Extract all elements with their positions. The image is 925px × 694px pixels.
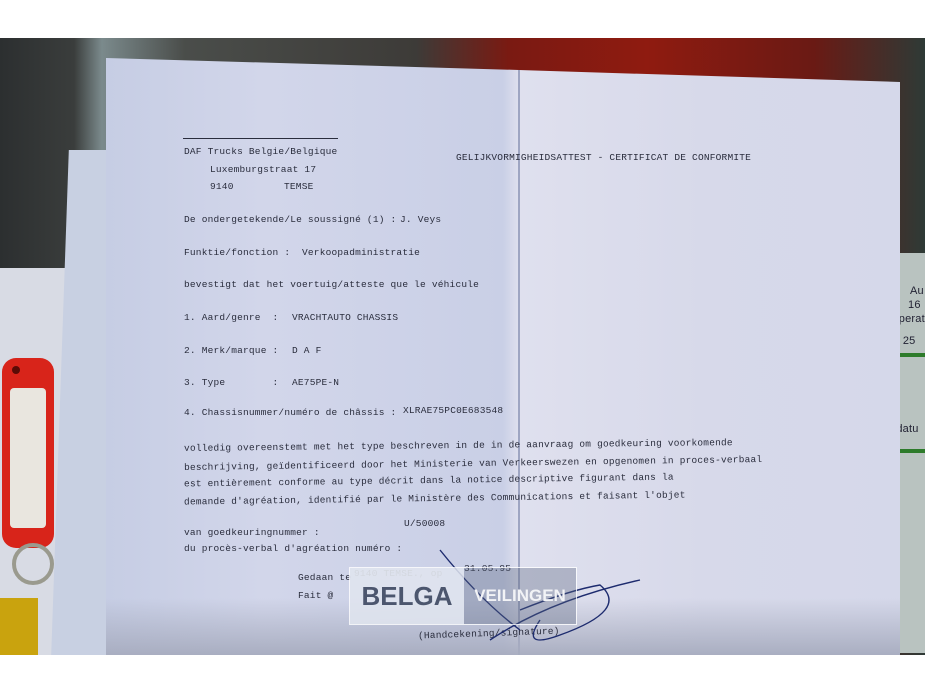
item-label: 4. Chassisnummer/numéro de châssis :	[184, 407, 396, 418]
done-at-label: Gedaan te	[298, 572, 351, 583]
item-value: AE75PE-N	[292, 377, 339, 388]
approval-label-fr: du procès-verbal d'agréation numéro :	[184, 543, 402, 554]
item-value: XLRAE75PC0E683548	[403, 405, 503, 416]
letterhead-company: DAF Trucks Belgie/Belgique	[184, 146, 337, 157]
watermark-belga: BELGA	[350, 568, 464, 624]
item-label: 1. Aard/genre :	[184, 312, 278, 323]
signatory-value: J. Veys	[400, 214, 441, 225]
letterhead-city: TEMSE	[284, 181, 314, 192]
approval-number: U/50008	[404, 518, 445, 529]
confirms-text: bevestigt dat het voertuig/atteste que l…	[184, 279, 479, 290]
item-label: 3. Type :	[184, 377, 278, 388]
key-ring	[12, 543, 54, 585]
letterhead-street: Luxemburgstraat 17	[210, 164, 316, 175]
done-at-fr: Fait @	[298, 590, 333, 601]
key-tag	[2, 358, 54, 548]
watermark-veilingen: VEILINGEN	[464, 568, 576, 624]
function-value: Verkoopadministratie	[302, 247, 420, 258]
watermark: BELGA VEILINGEN	[349, 567, 577, 625]
certificate-title: GELIJKVORMIGHEIDSATTEST - CERTIFICAT DE …	[456, 152, 751, 163]
item-value: D A F	[292, 345, 322, 356]
item-value: VRACHTAUTO CHASSIS	[292, 312, 398, 323]
function-label: Funktie/fonction :	[184, 247, 290, 258]
letterhead-postcode: 9140	[210, 181, 234, 192]
signatory-label: De ondergetekende/Le soussigné (1) :	[184, 214, 396, 225]
yellow-object	[0, 598, 38, 655]
approval-label-nl: van goedkeuringnummer :	[184, 527, 320, 538]
item-label: 2. Merk/marque :	[184, 345, 278, 356]
